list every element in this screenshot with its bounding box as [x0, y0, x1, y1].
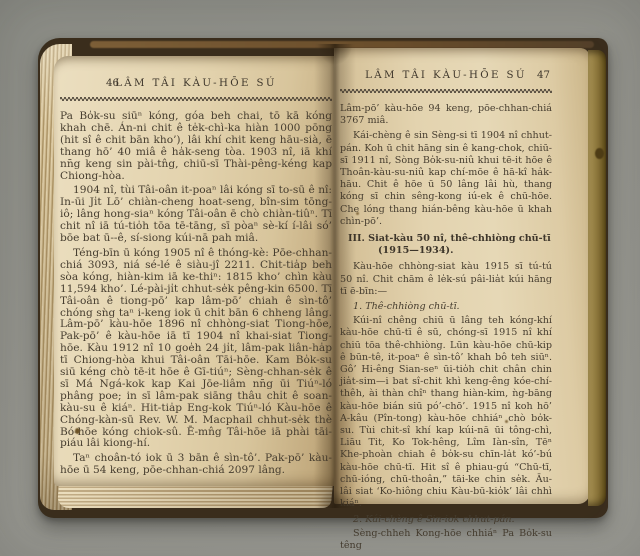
left-paragraph-4: Taⁿ choân-tó iok ū 3 bān ê sìn-tô’. Pak-… [60, 453, 332, 477]
right-page-header: LÂM TÂI KÀU-HŌE SÚ 47 [340, 70, 552, 85]
left-page-number: 46 [106, 78, 119, 90]
left-running-title: LÂM TÂI KÀU-HŌE SÚ [115, 78, 277, 89]
subsection-1-body: Kúi-nî chêng chiū ū lâng teh kóng-khí kà… [340, 315, 552, 510]
right-page-number: 47 [537, 70, 550, 82]
book-photo-scene: 46 LÂM TÂI KÀU-HŌE SÚ Pa Bo̍k-su siūⁿ kó… [0, 0, 640, 556]
right-paragraph-2: Kái-chèng ê sin Sèng-si tī 1904 nî chhut… [340, 130, 552, 228]
section-intro: Kàu-hōe chhòng-siat kàu 1915 sī tú-tú 50… [340, 261, 552, 298]
left-paragraph-2: 1904 nî, tùi Tâi-oân it-poaⁿ lâi kóng sī… [60, 185, 332, 245]
subsection-1-heading: 1. Thê-chhiòng chū-tī. [340, 301, 552, 313]
section-heading: III. Siat-kàu 50 nî, thê-chhiòng chū-tī … [340, 233, 552, 257]
right-cover-edge [588, 50, 606, 506]
left-paragraph-1: Pa Bo̍k-su siūⁿ kóng, góa beh chai, tō k… [60, 111, 332, 182]
right-page-text: LÂM TÂI KÀU-HŌE SÚ 47 Lâm-pō’ kàu-hōe 94… [340, 70, 552, 555]
section-heading-years: (1915—1934). [348, 245, 552, 257]
subsection-2-heading: 2. Kái-chèng ê Sin-iok chhut-pán. [340, 514, 552, 526]
section-heading-title: III. Siat-kàu 50 nî, thê-chhiòng chū-tī [348, 233, 551, 244]
right-running-title: LÂM TÂI KÀU-HŌE SÚ [365, 70, 527, 81]
left-paragraph-3: Téng-bīn ū kóng 1905 nî ê thóng-kè: Pōe-… [60, 248, 332, 450]
right-header-rule [340, 89, 552, 93]
left-page-header: 46 LÂM TÂI KÀU-HŌE SÚ [60, 78, 332, 93]
right-paragraph-continuation: Lâm-pō’ kàu-hōe 94 keng, pōe-chhan-chiá … [340, 103, 552, 127]
left-header-rule [60, 97, 332, 101]
subsection-2-body: Sèng-chheh Kong-hōe chhiáⁿ Pa Bo̍k-su tê… [340, 528, 552, 552]
left-page-text: 46 LÂM TÂI KÀU-HŌE SÚ Pa Bo̍k-su siūⁿ kó… [60, 78, 332, 480]
